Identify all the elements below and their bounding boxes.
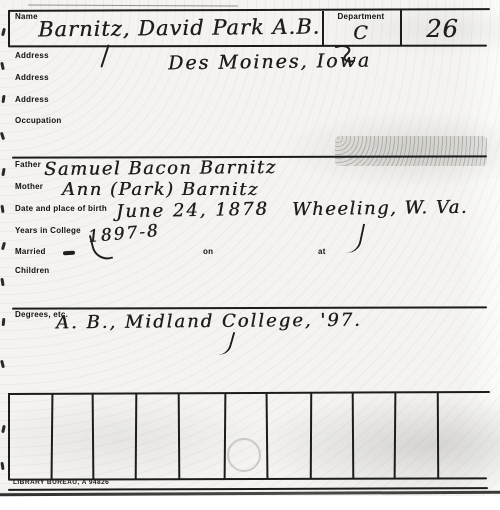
birth-place-value: Wheeling, W. Va. — [292, 199, 468, 219]
department-box-right-divider — [400, 9, 402, 46]
father-value: Samuel Bacon Barnitz — [44, 159, 277, 179]
address-label-2: Address — [15, 74, 49, 82]
scan-smudge-band — [335, 136, 487, 166]
department-label: Department — [322, 13, 400, 21]
college-label: Years in College — [15, 227, 81, 235]
department-value: C — [322, 24, 400, 43]
married-at-label: at — [318, 248, 326, 256]
married-dash-mark — [63, 251, 75, 256]
married-label: Married — [15, 248, 46, 256]
scan-margin-bottom — [0, 497, 500, 510]
name-label: Name — [15, 13, 38, 21]
name-box-left-edge — [8, 10, 10, 46]
birth-date-value: June 24, 1878 — [116, 201, 269, 222]
birth-label: Date and place of birth — [15, 205, 107, 213]
mother-value: Ann (Park) Barnitz — [62, 181, 259, 199]
name-value: Barnitz, David Park A.B. — [38, 17, 320, 41]
scanned-record-card: Name Barnitz, David Park A.B. Department… — [0, 0, 500, 510]
degrees-value: A. B., Midland College, '97. — [56, 312, 362, 333]
address-label-3: Address — [15, 96, 49, 104]
father-label: Father — [15, 161, 41, 169]
occupation-label: Occupation — [15, 117, 62, 125]
scan-ring-stain — [227, 438, 261, 472]
address-label-1: Address — [15, 52, 49, 60]
mother-label: Mother — [15, 183, 43, 191]
children-label: Children — [15, 267, 49, 275]
married-on-label: on — [203, 248, 213, 256]
address-value: Des Moines, Iowa — [168, 52, 371, 74]
card-number: 26 — [405, 17, 480, 41]
imprint-text: LIBRARY BUREAU, A 94826 — [13, 480, 109, 487]
card-paper — [0, 0, 500, 496]
